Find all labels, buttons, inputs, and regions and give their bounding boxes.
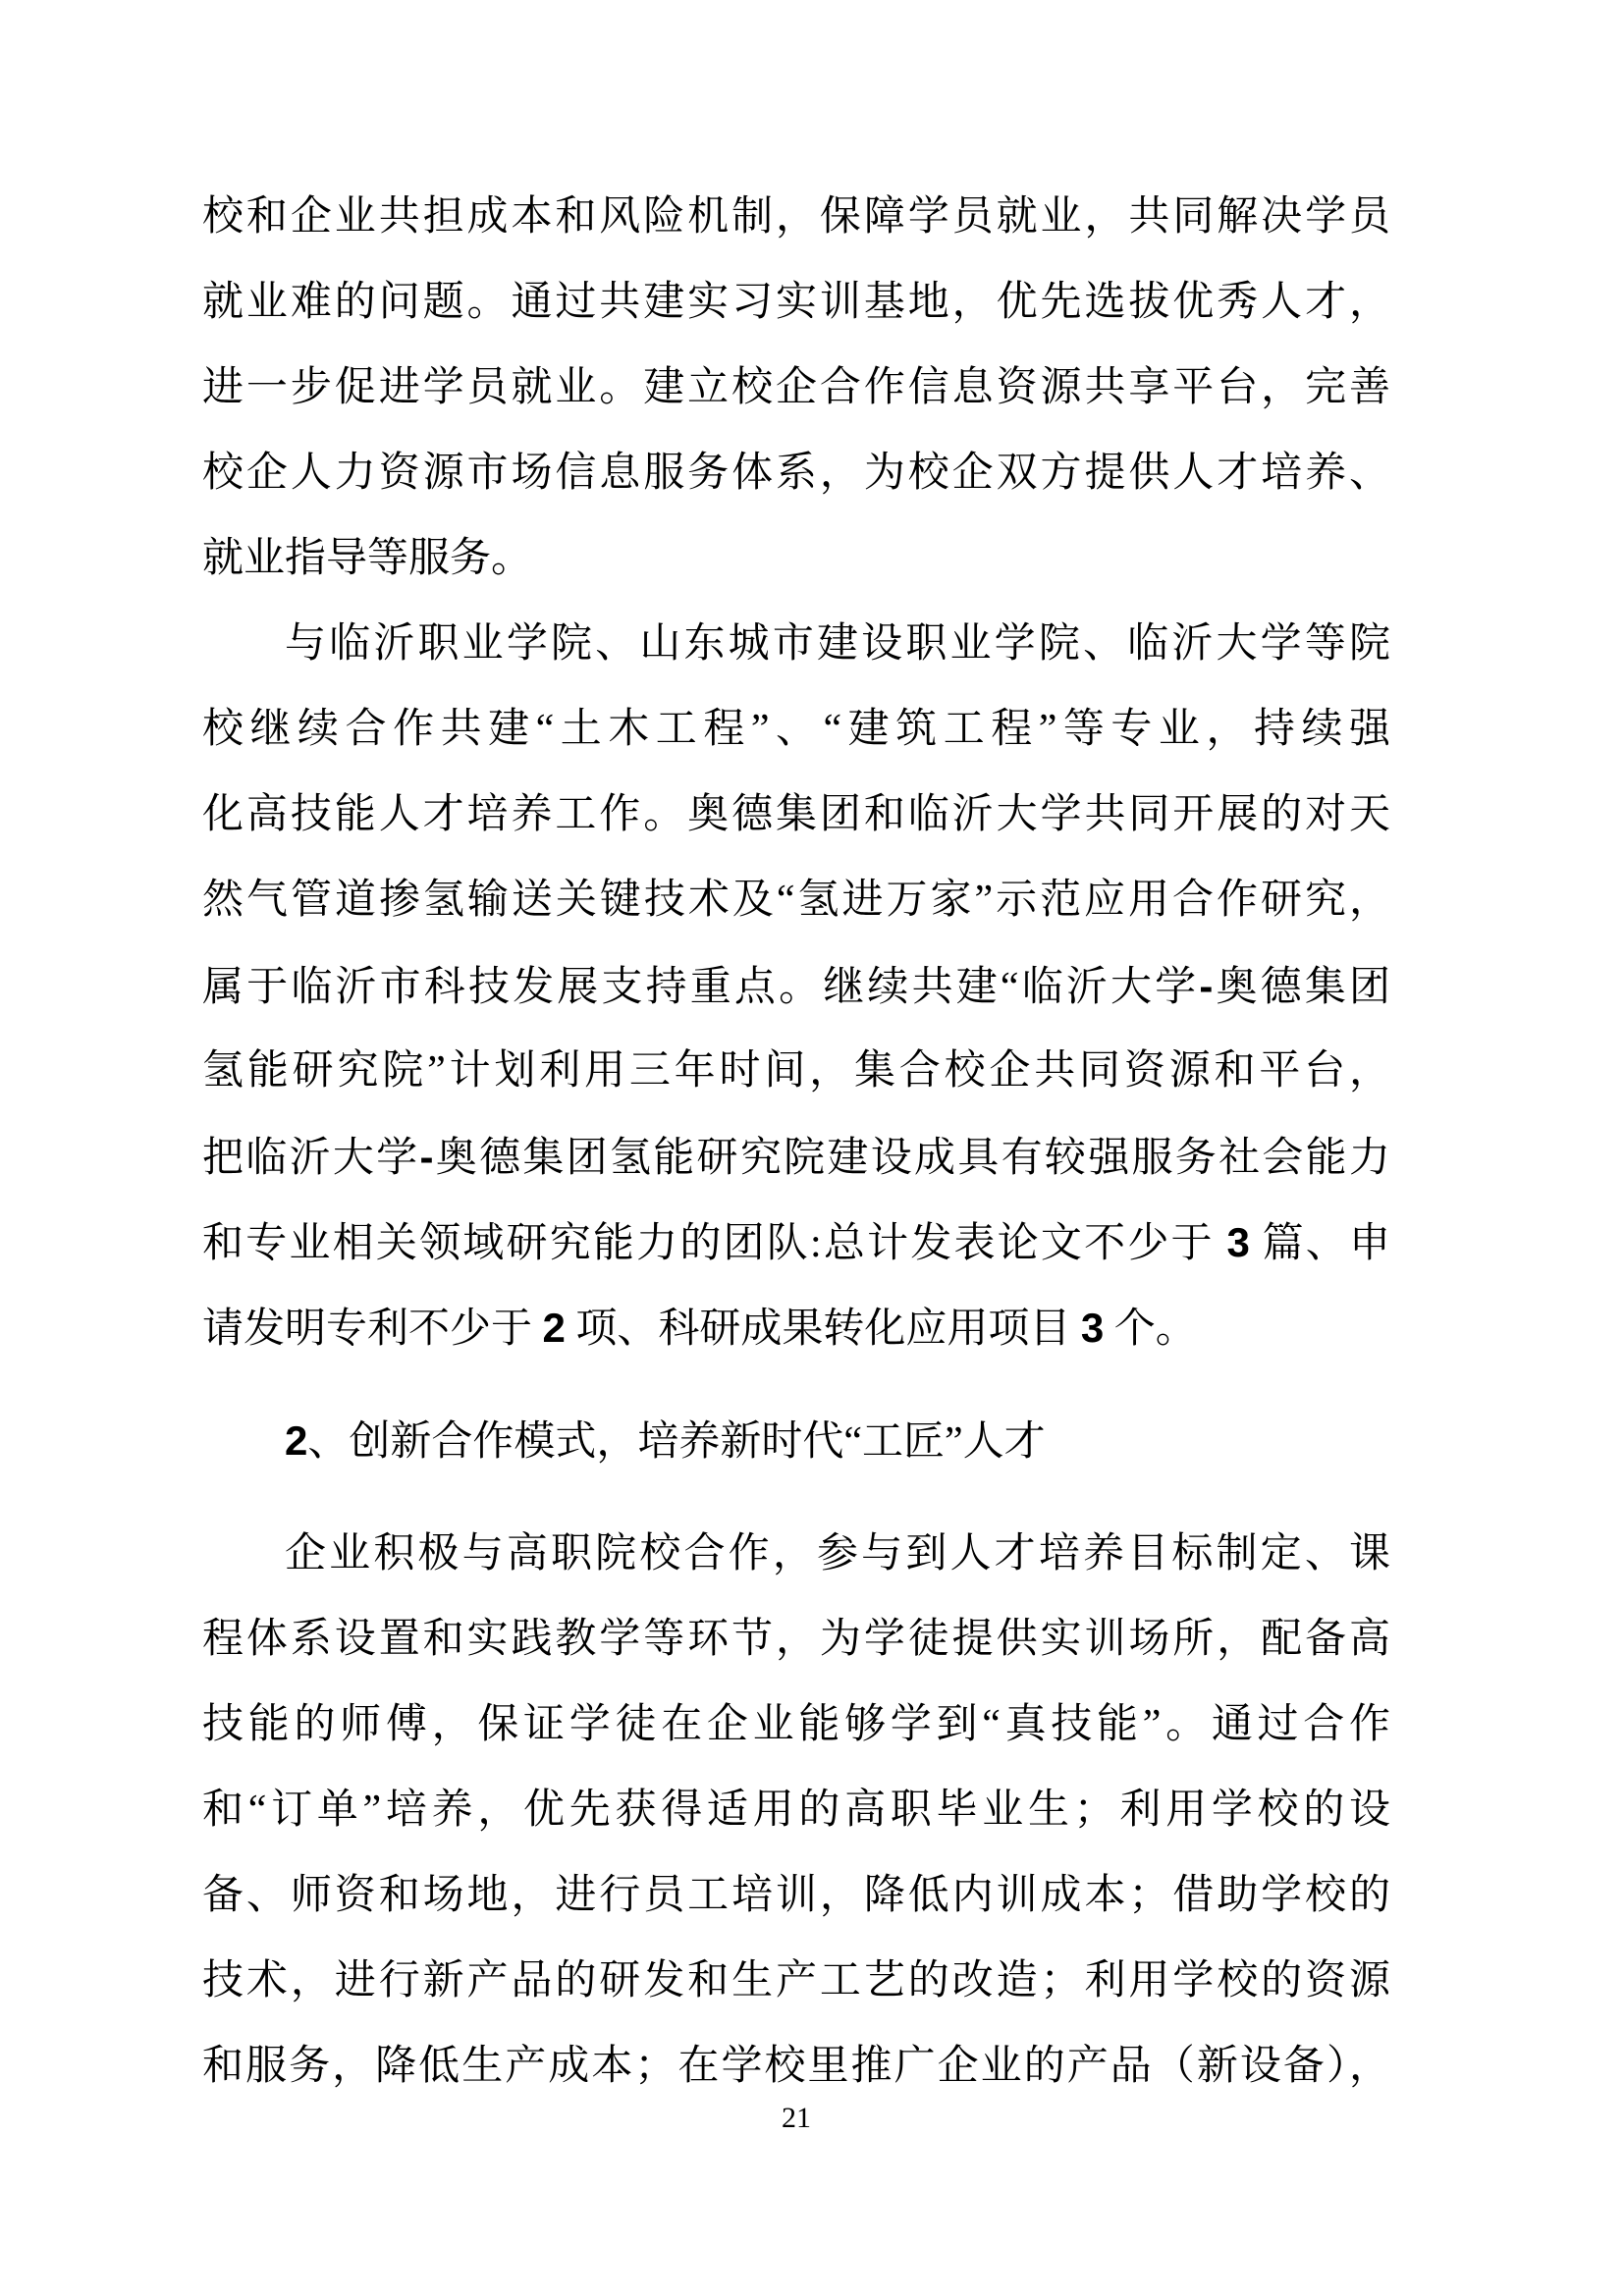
page-number: 21: [202, 2101, 1390, 2136]
body-line: 进一步促进学员就业。建立校企合作信息资源共享平台，完善: [202, 346, 1390, 431]
body-line: 就业难的问题。通过共建实习实训基地，优先选拔优秀人才，: [202, 260, 1390, 346]
body-line: 校继续合作共建“土木工程”、“建筑工程”等专业，持续强: [202, 687, 1390, 773]
body-line: 就业指导等服务。: [202, 516, 1390, 602]
body-line: 把临沂大学-奥德集团氢能研究院建设成具有较强服务社会能力: [202, 1114, 1390, 1200]
body-line: 请发明专利不少于 2 项、科研成果转化应用项目 3 个。: [202, 1285, 1390, 1370]
body-line: 技术，进行新产品的研发和生产工艺的改造；利用学校的资源: [202, 1939, 1390, 2024]
body-line: 校企人力资源市场信息服务体系，为校企双方提供人才培养、: [202, 431, 1390, 516]
document-page: 校和企业共担成本和风险机制，保障学员就业，共同解决学员 就业难的问题。通过共建实…: [0, 0, 1624, 2296]
body-line: 校和企业共担成本和风险机制，保障学员就业，共同解决学员: [202, 175, 1390, 260]
section-heading: 2、创新合作模式，培养新时代“工匠”人才: [202, 1398, 1390, 1483]
body-line: 和“订单”培养，优先获得适用的高职毕业生；利用学校的设: [202, 1768, 1390, 1853]
body-line: 和服务，降低生产成本；在学校里推广企业的产品（新设备），: [202, 2024, 1390, 2109]
body-line: 氢能研究院”计划利用三年时间，集合校企共同资源和平台，: [202, 1029, 1390, 1114]
body-line: 企业积极与高职院校合作，参与到人才培养目标制定、课: [202, 1512, 1390, 1597]
body-line: 化高技能人才培养工作。奥德集团和临沂大学共同开展的对天: [202, 773, 1390, 858]
body-line: 程体系设置和实践教学等环节，为学徒提供实训场所，配备高: [202, 1597, 1390, 1682]
body-line: 备、师资和场地，进行员工培训，降低内训成本；借助学校的: [202, 1853, 1390, 1939]
body-line: 技能的师傅，保证学徒在企业能够学到“真技能”。通过合作: [202, 1682, 1390, 1768]
text-block: 校和企业共担成本和风险机制，保障学员就业，共同解决学员 就业难的问题。通过共建实…: [202, 175, 1390, 2109]
body-line: 与临沂职业学院、山东城市建设职业学院、临沂大学等院: [202, 602, 1390, 687]
body-line: 属于临沂市科技发展支持重点。继续共建“临沂大学-奥德集团: [202, 943, 1390, 1029]
body-line: 和专业相关领域研究能力的团队:总计发表论文不少于 3 篇、申: [202, 1200, 1390, 1285]
body-line: 然气管道掺氢输送关键技术及“氢进万家”示范应用合作研究，: [202, 858, 1390, 943]
